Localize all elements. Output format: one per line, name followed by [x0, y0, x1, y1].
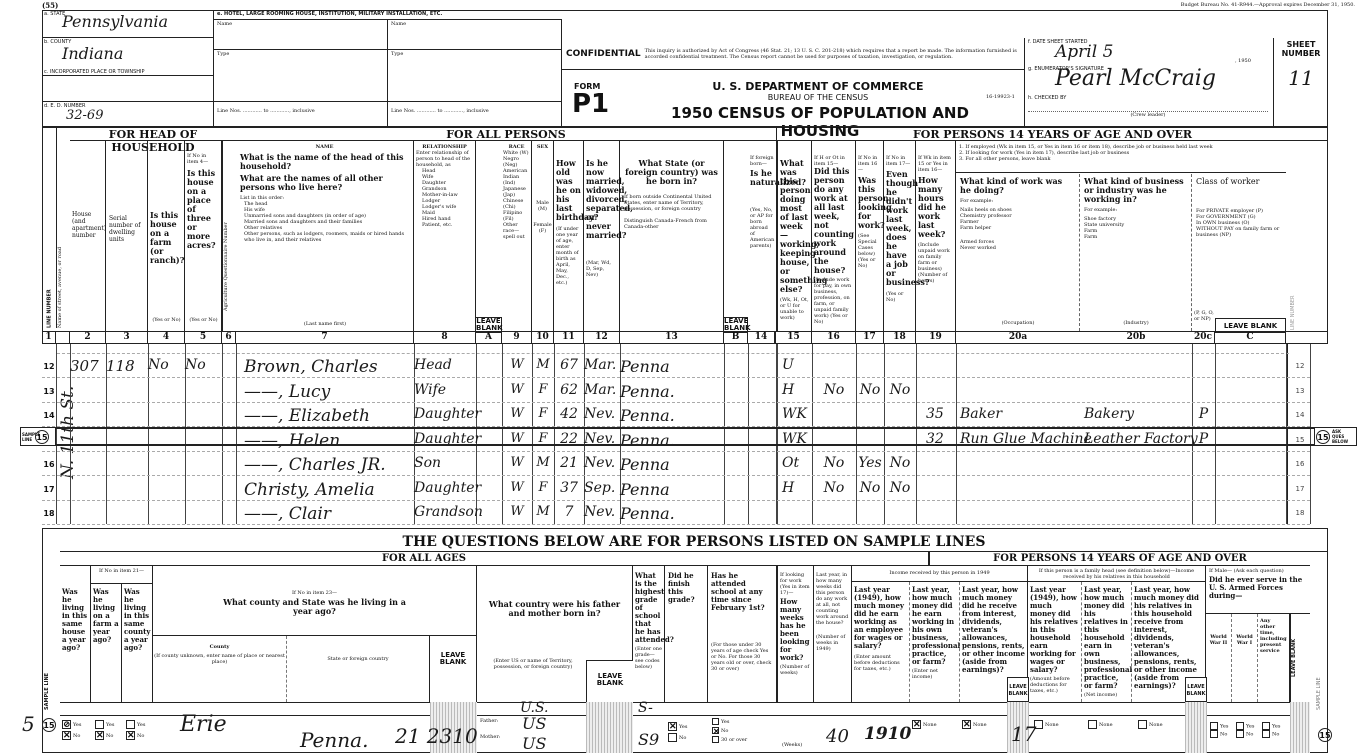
- marital-cell[interactable]: Sep.: [584, 480, 620, 502]
- q29-header: If looking for work (Yes in item 17)— Ho…: [778, 566, 814, 702]
- name-cell[interactable]: ——, Elizabeth: [236, 406, 414, 428]
- col16-cell[interactable]: No: [812, 455, 856, 477]
- q32c-answer[interactable]: None: [1138, 720, 1163, 729]
- age-cell[interactable]: 42: [554, 406, 584, 428]
- q33-header: If Male— (Ask each question) Did he ever…: [1206, 566, 1310, 614]
- q27-answer[interactable]: ✕Yes No: [668, 722, 687, 742]
- sample-line-label-left: SAMPLE LINE: [44, 600, 56, 710]
- col18-cell[interactable]: [884, 406, 916, 428]
- coded-d-value: 21 2310: [395, 724, 478, 748]
- sample-line-marker-right: 15 ASK QUES BELOW: [1314, 427, 1357, 446]
- date-started-value[interactable]: April 5: [1055, 42, 1113, 62]
- q32b-header: Last year, how much money did his relati…: [1082, 582, 1132, 702]
- q22-header: Was he living on a farm a year ago?: [91, 584, 122, 702]
- name-cell[interactable]: ——, Lucy: [236, 382, 414, 404]
- q27-no-checkbox[interactable]: [668, 733, 677, 742]
- birthplace-cell[interactable]: Penna: [620, 455, 724, 477]
- marital-cell[interactable]: Nev.: [584, 504, 620, 526]
- activity-cell[interactable]: Ot: [776, 455, 812, 477]
- birthplace-cell[interactable]: Penna.: [620, 406, 724, 428]
- leave-blank-e: LEAVE BLANK: [1007, 677, 1029, 702]
- relationship-cell[interactable]: Daughter: [414, 480, 476, 502]
- acres-cell[interactable]: [185, 480, 222, 502]
- col17-cell[interactable]: Yes: [856, 455, 884, 477]
- hotel-type-1[interactable]: Type: [214, 50, 387, 102]
- relationship-cell[interactable]: Daughter: [414, 406, 476, 428]
- activity-cell[interactable]: H: [776, 480, 812, 502]
- q21-no-checkbox[interactable]: ✕: [62, 731, 71, 740]
- q33c-other: Any other time, including present servic…: [1258, 614, 1290, 702]
- occupation-cell[interactable]: [956, 357, 1080, 379]
- q23-header: Was he living in this same county a year…: [122, 584, 153, 702]
- marital-cell[interactable]: Mar.: [584, 357, 620, 379]
- farm-cell[interactable]: [148, 504, 185, 526]
- line-number-right-cell: 16: [1290, 460, 1310, 468]
- q33a-ww2: World War II: [1206, 614, 1232, 702]
- q27-header: Did he finish this grade?: [665, 566, 708, 702]
- birthplace-cell[interactable]: Penna: [620, 357, 724, 379]
- ed-number-value: 32-69: [42, 108, 213, 123]
- col16-cell[interactable]: [812, 406, 856, 428]
- q28-over30-checkbox[interactable]: [712, 736, 719, 743]
- farm-cell[interactable]: [148, 455, 185, 477]
- col-4-header: Is this house on a farm (or ranch)? (Yes…: [148, 141, 185, 331]
- farm-cell[interactable]: [148, 382, 185, 404]
- leave-blank-f: LEAVE BLANK: [1185, 677, 1207, 702]
- q21-header: Was he living in this same house a year …: [60, 566, 91, 702]
- name-cell[interactable]: ——, Charles JR.: [236, 455, 414, 477]
- income-header: Income received by this person in 1949: [852, 566, 1028, 582]
- column-number-strip: 1 2 3 4 5 6 7 8 A 9 10 11 12 13 B 14 15 …: [42, 331, 1328, 344]
- sex-cell[interactable]: F: [532, 382, 554, 404]
- occupation-cell[interactable]: [956, 455, 1080, 477]
- col-16-header: If H or Ot in item 15— Did this person d…: [812, 141, 856, 331]
- col16-cell[interactable]: [812, 504, 856, 526]
- q28-yes-checkbox[interactable]: [712, 718, 719, 725]
- ed-number-field[interactable]: d. E. D. NUMBER 32-69: [42, 102, 214, 128]
- house-number-cell[interactable]: [70, 480, 106, 502]
- q26-grade-answer[interactable]: S9: [638, 730, 659, 749]
- serial-number-cell[interactable]: [106, 382, 148, 404]
- q24b-state-answer[interactable]: Penna.: [300, 728, 368, 752]
- persons-14-lower-section: FOR PERSONS 14 YEARS OF AGE AND OVER: [928, 552, 1310, 566]
- col-20a-occupation-header: What kind of work was he doing? For exam…: [956, 174, 1080, 331]
- col-14-naturalized-header: If foreign born— Is he naturalized? (Yes…: [748, 141, 776, 331]
- line-number-cell: 17: [42, 480, 56, 502]
- race-cell[interactable]: W: [502, 382, 532, 404]
- hotel-label: e. HOTEL, LARGE ROOMING HOUSE, INSTITUTI…: [214, 10, 562, 20]
- age-cell[interactable]: 37: [554, 480, 584, 502]
- col-7-name-header: NAME What is the name of the head of thi…: [236, 141, 414, 331]
- sample-line-label-right: SAMPLE LINE: [1316, 620, 1328, 710]
- for-all-ages-section: FOR ALL AGES: [60, 552, 928, 566]
- col18-cell[interactable]: No: [884, 480, 916, 502]
- col-17-header: If No in item 16— Was this person lookin…: [856, 141, 884, 331]
- house-number-cell[interactable]: [70, 504, 106, 526]
- race-cell[interactable]: W: [502, 455, 532, 477]
- line-number-right-cell: 12: [1290, 362, 1310, 370]
- q32a-answer[interactable]: None: [1034, 720, 1059, 729]
- col-10-sex-header: SEX Male (M) Female (F): [532, 141, 554, 331]
- q30-weeks-answer[interactable]: 40: [826, 726, 849, 747]
- col17-cell[interactable]: No: [856, 382, 884, 404]
- q24b-state-header: State or foreign country: [287, 636, 430, 702]
- q22-answer[interactable]: Yes ✕No: [95, 720, 114, 740]
- industry-cell[interactable]: [1080, 504, 1192, 526]
- col-6-header: Agriculture Questionnaire Number: [222, 141, 236, 331]
- class-of-worker-cell[interactable]: [1192, 480, 1215, 502]
- relationship-cell[interactable]: Son: [414, 455, 476, 477]
- marital-cell[interactable]: Nev.: [584, 406, 620, 428]
- col-15-activity-header: What was this person doing most of last …: [776, 141, 812, 331]
- sample-answer-line-left: 15: [42, 718, 56, 732]
- col-18-header: If No in item 17— Even though he didn't …: [884, 141, 916, 331]
- all-persons-section: FOR ALL PERSONS: [236, 128, 776, 141]
- q25-mother-answer[interactable]: US: [522, 734, 546, 753]
- race-cell[interactable]: W: [502, 480, 532, 502]
- activity-cell[interactable]: U: [776, 357, 812, 379]
- q23-answer[interactable]: Yes ✕No: [126, 720, 145, 740]
- col17-cell[interactable]: [856, 504, 884, 526]
- class-of-worker-cell[interactable]: [1192, 455, 1215, 477]
- col-13-birthplace-header: What State (or foreign country) was he b…: [620, 141, 724, 331]
- col-9-race-header: RACE White (W)Negro (Neg)American Indian…: [502, 141, 532, 331]
- age-cell[interactable]: 62: [554, 382, 584, 404]
- sample-line-marker-left: SAMPLE LINE 15: [20, 427, 56, 446]
- form-id: P1: [572, 90, 609, 118]
- occupation-cell[interactable]: [956, 480, 1080, 502]
- line-number-cell: 16: [42, 455, 56, 477]
- q22-yes-checkbox[interactable]: [95, 720, 104, 729]
- hours-cell[interactable]: [916, 357, 956, 379]
- state-field[interactable]: a. STATE Pennsylvania: [42, 10, 214, 38]
- q22-no-checkbox[interactable]: ✕: [95, 731, 104, 740]
- col18-cell[interactable]: No: [884, 455, 916, 477]
- leave-blank-f-shade: [1185, 702, 1207, 753]
- q31a-wages-answer[interactable]: 1910: [864, 724, 911, 744]
- col18-cell[interactable]: [884, 504, 916, 526]
- line-number-cell: 13: [42, 382, 56, 404]
- acres-cell[interactable]: [185, 382, 222, 404]
- leave-blank-e-value: 17: [1011, 722, 1036, 746]
- confidential-notice: CONFIDENTIAL This inquiry is authorized …: [562, 38, 1024, 70]
- q28-no-checkbox[interactable]: ✕: [712, 727, 719, 734]
- hours-cell[interactable]: [916, 480, 956, 502]
- county-value: Indiana: [42, 44, 213, 63]
- form-title-block: FORM P1 U. S. DEPARTMENT OF COMMERCE BUR…: [562, 72, 1024, 128]
- acres-cell[interactable]: No: [185, 357, 222, 379]
- serial-number-cell[interactable]: [106, 504, 148, 526]
- q31c-answer[interactable]: ✕None: [962, 720, 987, 729]
- col16-cell[interactable]: No: [812, 480, 856, 502]
- activity-cell[interactable]: H: [776, 382, 812, 404]
- col17-cell[interactable]: No: [856, 480, 884, 502]
- hours-cell[interactable]: [916, 504, 956, 526]
- hotel-name-1[interactable]: Name: [214, 20, 387, 50]
- hours-cell[interactable]: [916, 455, 956, 477]
- lower-code-strip: [60, 702, 1310, 716]
- relationship-cell[interactable]: Head: [414, 357, 476, 379]
- col-20b-industry-header: What kind of business or industry was he…: [1080, 174, 1192, 331]
- q33a-answer[interactable]: Yes No: [1210, 722, 1228, 738]
- age-cell[interactable]: 67: [554, 357, 584, 379]
- street-header: Name of street, avenue, or road: [56, 128, 70, 328]
- q32b-answer[interactable]: None: [1088, 720, 1113, 729]
- race-cell[interactable]: W: [502, 406, 532, 428]
- margin-note: 5: [22, 712, 35, 736]
- q28-header: Has he attended school at any time since…: [708, 566, 778, 702]
- industry-cell[interactable]: [1080, 357, 1192, 379]
- col17-cell[interactable]: [856, 406, 884, 428]
- age-cell[interactable]: 21: [554, 455, 584, 477]
- q30-header: Last year, in how many weeks did this pe…: [814, 566, 852, 702]
- budget-note: Budget Bureau No. 41-R944.—Approval expi…: [1120, 2, 1355, 8]
- sample-questions-banner: THE QUESTIONS BELOW ARE FOR PERSONS LIST…: [60, 532, 1328, 552]
- birthplace-cell[interactable]: Penna.: [620, 382, 724, 404]
- class-of-worker-cell[interactable]: [1192, 382, 1215, 404]
- sex-cell[interactable]: M: [532, 357, 554, 379]
- col-20-instructions: 1. If employed (Wk in item 15, or Yes in…: [956, 143, 1286, 173]
- q32a-header: Last year (1949), how much money did his…: [1028, 582, 1082, 702]
- serial-number-cell[interactable]: [106, 406, 148, 428]
- head-of-household-section: FOR HEAD OF HOUSEHOLD: [70, 128, 236, 141]
- leave-blank-25-shade: [586, 702, 633, 753]
- age-cell[interactable]: 7: [554, 504, 584, 526]
- leave-blank-g: LEAVE BLANK: [1290, 614, 1310, 702]
- hotel-lines-1[interactable]: Line Nos. ............ to ............, …: [214, 102, 387, 120]
- leave-blank-g-shade: [1290, 702, 1310, 753]
- birthplace-cell[interactable]: Penna.: [620, 504, 724, 526]
- q33b-answer[interactable]: Yes No: [1236, 722, 1254, 738]
- form-code-55: (55): [42, 2, 58, 9]
- line-number-right-cell: 17: [1290, 485, 1310, 493]
- q28-answer[interactable]: Yes ✕No 30 or over: [712, 718, 747, 745]
- q21-answer[interactable]: ⊘Yes ✕No: [62, 720, 81, 740]
- q27-yes-checkbox[interactable]: ✕: [668, 722, 677, 731]
- sex-cell[interactable]: M: [532, 455, 554, 477]
- sex-cell[interactable]: M: [532, 504, 554, 526]
- acres-cell[interactable]: [185, 406, 222, 428]
- occupation-cell[interactable]: [956, 382, 1080, 404]
- col18-cell[interactable]: [884, 357, 916, 379]
- industry-cell[interactable]: [1080, 480, 1192, 502]
- industry-cell[interactable]: [1080, 455, 1192, 477]
- hours-cell[interactable]: [916, 382, 956, 404]
- class-of-worker-cell[interactable]: [1192, 357, 1215, 379]
- sheet-number-box: SHEET NUMBER 11: [1274, 38, 1328, 128]
- race-cell[interactable]: W: [502, 357, 532, 379]
- q23-no-checkbox[interactable]: ✕: [126, 731, 135, 740]
- hotel-name-2[interactable]: Name: [388, 20, 561, 50]
- col16-cell[interactable]: No: [812, 382, 856, 404]
- occupation-cell[interactable]: [956, 504, 1080, 526]
- sex-cell[interactable]: F: [532, 406, 554, 428]
- occupation-cell[interactable]: Baker: [956, 406, 1080, 428]
- col17-cell[interactable]: [856, 357, 884, 379]
- line-number-right-header: LINE NUMBER: [1290, 240, 1302, 330]
- q22-q23-pre: If No in item 21—: [91, 566, 153, 584]
- col-2-header: House (and apartment) number: [70, 141, 106, 331]
- house-number-cell[interactable]: [70, 455, 106, 477]
- hotel-column-1: Name Type Line Nos. ............ to ....…: [214, 20, 388, 128]
- line-number-cell: 14: [42, 406, 56, 428]
- hotel-column-2: Name Type Line Nos. ............ to ....…: [388, 20, 562, 128]
- col-3-header: Serial number of dwelling units: [106, 141, 148, 331]
- activity-cell[interactable]: [776, 504, 812, 526]
- q26-prev-answer: S-: [638, 700, 653, 716]
- birthplace-cell[interactable]: Penna: [620, 480, 724, 502]
- marital-cell[interactable]: Mar.: [584, 382, 620, 404]
- col-19-hours-header: If Wk in item 15 or Yes in item 16— How …: [916, 141, 956, 331]
- q31b-header: Last year, how much money did he earn wo…: [910, 582, 960, 702]
- q33c-answer[interactable]: Yes No: [1262, 722, 1280, 738]
- q24a-county-header: County (If county unknown, enter name of…: [153, 636, 287, 702]
- line-number-right-cell: 13: [1290, 387, 1310, 395]
- line-number-header: LINE NUMBER: [42, 128, 56, 328]
- race-cell[interactable]: W: [502, 504, 532, 526]
- sample-answer-line-right: 15: [1318, 728, 1332, 742]
- q31a-header: Last year (1949), how much money did he …: [852, 582, 910, 702]
- col16-cell[interactable]: [812, 357, 856, 379]
- persons-14-section: FOR PERSONS 14 YEARS OF AGE AND OVER: [776, 128, 1328, 141]
- col18-cell[interactable]: No: [884, 382, 916, 404]
- line-number-right-cell: 18: [1290, 509, 1310, 517]
- line-number-cell: 18: [42, 504, 56, 526]
- family-income-header: If this person is a family head (see def…: [1028, 566, 1206, 582]
- q23-yes-checkbox[interactable]: [126, 720, 135, 729]
- q24-header: If No in item 23— What county and State …: [153, 566, 477, 636]
- q33b-ww1: World War I: [1232, 614, 1258, 702]
- line-number-cell: 12: [42, 357, 56, 379]
- name-cell[interactable]: ——, Clair: [236, 504, 414, 526]
- industry-cell[interactable]: [1080, 382, 1192, 404]
- sex-cell[interactable]: F: [532, 480, 554, 502]
- farm-cell[interactable]: [148, 480, 185, 502]
- q25-father-answer[interactable]: US: [522, 714, 546, 733]
- place-field[interactable]: c. INCORPORATED PLACE OR TOWNSHIP: [42, 76, 214, 102]
- line-number-right-cell: 14: [1290, 411, 1310, 419]
- col-8-relationship-header: RELATIONSHIP Enter relationship of perso…: [414, 141, 476, 331]
- name-cell[interactable]: Brown, Charles: [236, 357, 414, 379]
- sample-line-band: [56, 427, 1314, 446]
- industry-cell[interactable]: Bakery: [1080, 406, 1192, 428]
- activity-cell[interactable]: WK: [776, 406, 812, 428]
- table-row-partial: [57, 344, 1289, 354]
- col-20c-class-header: Class of worker For PRIVATE employer (P)…: [1192, 174, 1286, 331]
- acres-cell[interactable]: [185, 455, 222, 477]
- hotel-lines-2[interactable]: Line Nos. ............ to ............, …: [388, 102, 561, 120]
- hours-cell[interactable]: 35: [916, 406, 956, 428]
- serial-number-cell[interactable]: 118: [106, 357, 148, 379]
- state-value: Pennsylvania: [42, 12, 213, 31]
- q24a-county-answer[interactable]: Erie: [180, 712, 227, 737]
- sheet-number-value: 11: [1274, 66, 1328, 90]
- relationship-cell[interactable]: Grandson: [414, 504, 476, 526]
- serial-number-cell[interactable]: [106, 480, 148, 502]
- col-11-age-header: How old was he on his last birthday? (If…: [554, 141, 584, 331]
- house-number-cell[interactable]: [70, 382, 106, 404]
- house-number-cell[interactable]: 307: [70, 357, 106, 379]
- q26-header: What is the highest grade of school that…: [633, 566, 665, 702]
- house-number-cell[interactable]: [70, 406, 106, 428]
- col-12-marital-header: Is he now married, widowed, divorced, se…: [584, 141, 620, 331]
- date-signature-block: f. DATE SHEET STARTED April 5 , 1950 g. …: [1024, 38, 1274, 128]
- leave-blank-25: LEAVE BLANK: [586, 660, 633, 702]
- class-of-worker-cell[interactable]: [1192, 504, 1215, 526]
- q31b-answer[interactable]: ✕None: [912, 720, 937, 729]
- col-5-header: If No in item 4— Is this house on a plac…: [185, 141, 222, 331]
- farm-cell[interactable]: [148, 406, 185, 428]
- relationship-cell[interactable]: Wife: [414, 382, 476, 404]
- name-cell[interactable]: Christy, Amelia: [236, 480, 414, 502]
- hotel-type-2[interactable]: Type: [388, 50, 561, 102]
- farm-cell[interactable]: No: [148, 357, 185, 379]
- marital-cell[interactable]: Nev.: [584, 455, 620, 477]
- acres-cell[interactable]: [185, 504, 222, 526]
- leave-blank-d: LEAVE BLANK: [430, 636, 477, 702]
- enumerator-signature[interactable]: Pearl McCraig: [1055, 66, 1216, 91]
- serial-number-cell[interactable]: [106, 455, 148, 477]
- class-of-worker-cell[interactable]: P: [1192, 406, 1215, 428]
- q21-yes-checkbox[interactable]: ⊘: [62, 720, 71, 729]
